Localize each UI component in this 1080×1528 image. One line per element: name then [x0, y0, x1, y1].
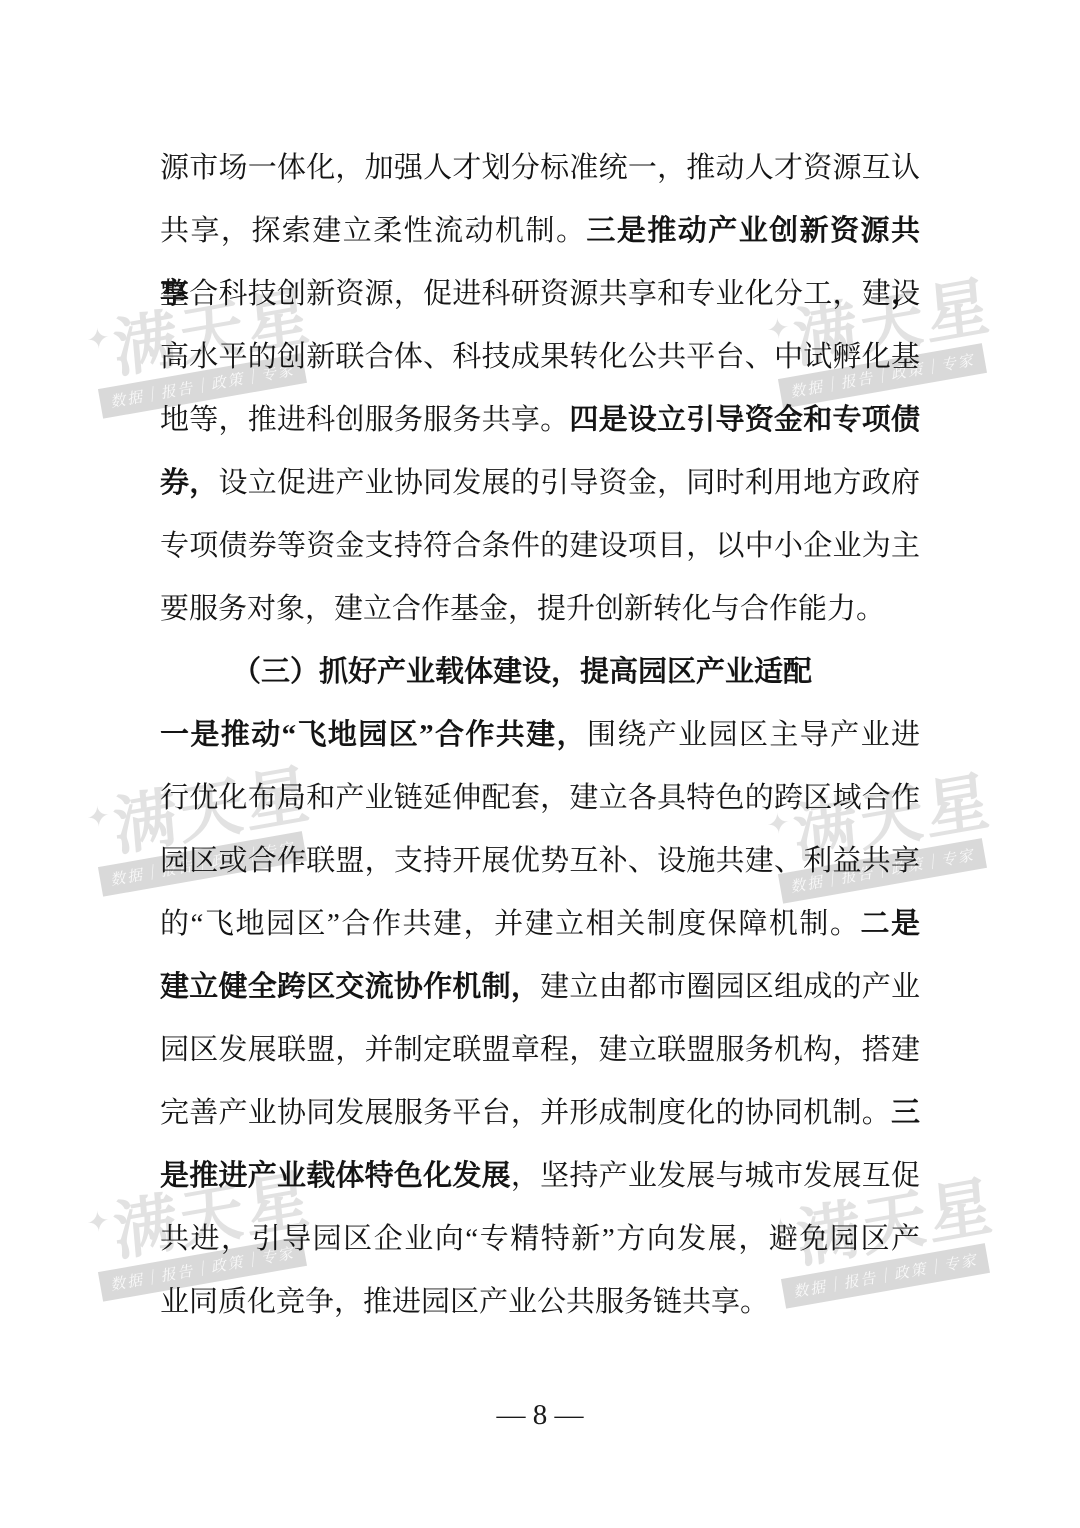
section-heading: （三）抓好产业载体建设，提高园区产业适配 [160, 641, 920, 704]
text-line: 园区或合作联盟，支持开展优势互补、设施共建、利益共享 [160, 830, 920, 893]
text-segment: 围绕产业园区主导产业进 [587, 719, 920, 751]
text-segment: 完善产业协同发展服务平台，并形成制度化的协同机制。 [160, 1097, 891, 1129]
text-segment: 行优化布局和产业链延伸配套，建立各具特色的跨区域合作 [160, 782, 920, 814]
text-line: 高水平的创新联合体、科技成果转化公共平台、中试孵化基 [160, 326, 920, 389]
star-icon: ✦ [85, 801, 114, 834]
text-line: 建立健全跨区交流协作机制，建立由都市圈园区组成的产业 [160, 956, 920, 1019]
text-line: 是推进产业载体特色化发展，坚持产业发展与城市发展互促 [160, 1145, 920, 1208]
page-number: — 8 — [0, 1399, 1080, 1432]
text-line: 券，设立促进产业协同发展的引导资金，同时利用地方政府 [160, 452, 920, 515]
star-icon: ✦ [85, 1206, 114, 1239]
text-segment-bold: 三 [891, 1097, 920, 1129]
text-segment-bold: 二是 [860, 908, 920, 940]
text-segment-bold: 是推进产业载体特色化发展 [160, 1160, 511, 1192]
text-line: 地等，推进科创服务服务共享。四是设立引导资金和专项债 [160, 389, 920, 452]
text-segment-bold: 一是推动“飞地园区”合作共建， [160, 719, 587, 751]
text-segment-bold: 券， [160, 467, 218, 499]
text-segment-bold: 建立健全跨区交流协作机制， [160, 971, 540, 1003]
text-segment: 整合科技创新资源，促进科研资源共享和专业化分工，建设 [160, 278, 920, 310]
text-line: 园区发展联盟，并制定联盟章程，建立联盟服务机构，搭建 [160, 1019, 920, 1082]
text-segment: ，坚持产业发展与城市发展互促 [511, 1160, 920, 1192]
text-line: 要服务对象，建立合作基金，提升创新转化与合作能力。 [160, 578, 920, 641]
text-segment-bold: 四是设立引导资金和专项债 [569, 404, 920, 436]
text-segment: 园区发展联盟，并制定联盟章程，建立联盟服务机构，搭建 [160, 1034, 920, 1066]
body-text: 源市场一体化，加强人才划分标准统一，推动人才资源互认 共享，探索建立柔性流动机制… [160, 137, 920, 1334]
text-segment: 共进，引导园区企业向“专精特新”方向发展，避免园区产 [160, 1223, 920, 1255]
text-segment: 的“飞地园区”合作共建，并建立相关制度保障机制。 [160, 908, 860, 940]
text-line: 共享，探索建立柔性流动机制。三是推动产业创新资源共享， [160, 200, 920, 263]
text-segment: 专项债券等资金支持符合条件的建设项目，以中小企业为主 [160, 530, 920, 562]
star-icon: ✦ [85, 323, 114, 356]
text-line: 业同质化竞争，推进园区产业公共服务链共享。 [160, 1271, 920, 1334]
text-line: 一是推动“飞地园区”合作共建，围绕产业园区主导产业进 [160, 704, 920, 767]
text-segment: 业同质化竞争，推进园区产业公共服务链共享。 [160, 1286, 769, 1318]
text-line: 专项债券等资金支持符合条件的建设项目，以中小企业为主 [160, 515, 920, 578]
text-segment: 要服务对象，建立合作基金，提升创新转化与合作能力。 [160, 593, 885, 625]
document-page: ✦满天星 数据｜报告｜政策｜专家 ✦满天星 数据｜报告｜政策｜专家 ✦满天星 数… [0, 0, 1080, 1528]
heading-text: （三）抓好产业载体建设，提高园区产业适配 [232, 656, 812, 688]
text-line: 完善产业协同发展服务平台，并形成制度化的协同机制。三 [160, 1082, 920, 1145]
text-line: 的“飞地园区”合作共建，并建立相关制度保障机制。二是 [160, 893, 920, 956]
text-line: 源市场一体化，加强人才划分标准统一，推动人才资源互认 [160, 137, 920, 200]
text-segment: 设立促进产业协同发展的引导资金，同时利用地方政府 [218, 467, 920, 499]
text-line: 共进，引导园区企业向“专精特新”方向发展，避免园区产 [160, 1208, 920, 1271]
text-segment: 地等，推进科创服务服务共享。 [160, 404, 569, 436]
text-segment: 园区或合作联盟，支持开展优势互补、设施共建、利益共享 [160, 845, 920, 877]
text-segment: 建立由都市圈园区组成的产业 [540, 971, 920, 1003]
text-segment: 共享，探索建立柔性流动机制。 [160, 215, 586, 247]
text-line: 整合科技创新资源，促进科研资源共享和专业化分工，建设 [160, 263, 920, 326]
text-line: 行优化布局和产业链延伸配套，建立各具特色的跨区域合作 [160, 767, 920, 830]
text-segment: 高水平的创新联合体、科技成果转化公共平台、中试孵化基 [160, 341, 920, 373]
text-segment: 源市场一体化，加强人才划分标准统一，推动人才资源互认 [160, 152, 920, 184]
